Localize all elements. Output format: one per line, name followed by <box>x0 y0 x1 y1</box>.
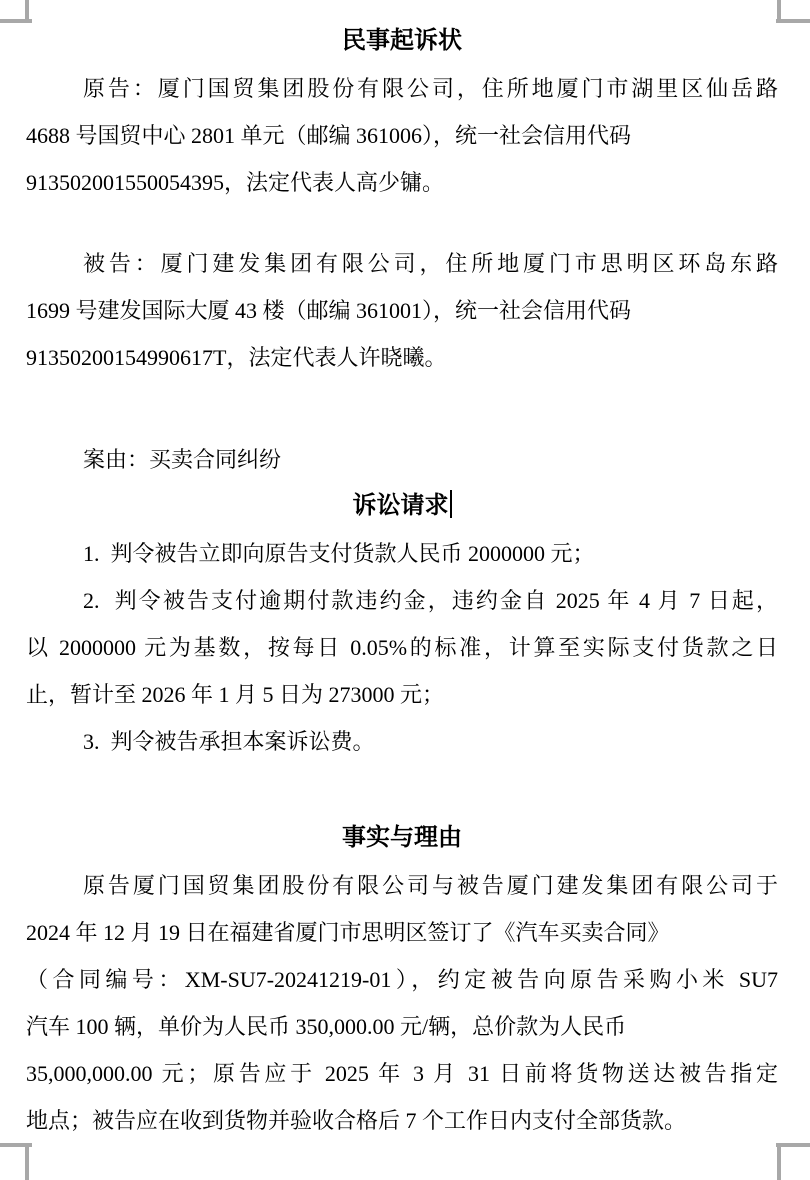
defendant-line-2[interactable]: 1699 号建发国际大厦 43 楼（邮编 361001），统一社会信用代码 <box>26 287 778 334</box>
facts-line-6[interactable]: 地点；被告应在收到货物并验收合格后 7 个工作日内支付全部货款。 <box>26 1097 778 1144</box>
claim-item-2-line-1[interactable]: 2. 判令被告支付逾期付款违约金，违约金自 2025 年 4 月 7 日起， <box>26 577 778 624</box>
cause-of-action-line[interactable]: 案由：买卖合同纠纷 <box>26 436 778 483</box>
document-title[interactable]: 民事起诉状 <box>26 18 778 65</box>
text-cursor <box>450 490 452 518</box>
paragraph-spacer <box>26 765 778 815</box>
crop-mark-line <box>776 19 810 23</box>
crop-mark-line <box>25 1143 29 1180</box>
facts-line-4[interactable]: 汽车 100 辆，单价为人民币 350,000.00 元/辆，总价款为人民币 <box>26 1003 778 1050</box>
crop-mark-line <box>777 1143 781 1180</box>
claims-heading[interactable]: 诉讼请求 <box>26 483 778 530</box>
claims-heading-text[interactable]: 诉讼请求 <box>353 493 449 519</box>
facts-line-1[interactable]: 原告厦门国贸集团股份有限公司与被告厦门建发集团有限公司于 <box>26 862 778 909</box>
plaintiff-line-1[interactable]: 原告：厦门国贸集团股份有限公司，住所地厦门市湖里区仙岳路 <box>26 65 778 112</box>
plaintiff-line-3[interactable]: 913502001550054395，法定代表人高少镛。 <box>26 159 778 206</box>
claim-item-2-line-3[interactable]: 止，暂计至 2026 年 1 月 5 日为 273000 元； <box>26 671 778 718</box>
document-page[interactable]: 民事起诉状 原告：厦门国贸集团股份有限公司，住所地厦门市湖里区仙岳路 4688 … <box>0 0 810 1180</box>
defendant-line-3[interactable]: 91350200154990617T，法定代表人许晓曦。 <box>26 334 778 381</box>
crop-mark-line <box>776 1143 810 1147</box>
document-body[interactable]: 民事起诉状 原告：厦门国贸集团股份有限公司，住所地厦门市湖里区仙岳路 4688 … <box>26 18 778 1144</box>
facts-line-5[interactable]: 35,000,000.00 元；原告应于 2025 年 3 月 31 日前将货物… <box>26 1050 778 1097</box>
facts-line-3[interactable]: （合同编号：XM-SU7-20241219-01），约定被告向原告采购小米 SU… <box>26 956 778 1003</box>
claim-item-2-line-2[interactable]: 以 2000000 元为基数，按每日 0.05%的标准，计算至实际支付货款之日 <box>26 624 778 671</box>
facts-line-2[interactable]: 2024 年 12 月 19 日在福建省厦门市思明区签订了《汽车买卖合同》 <box>26 909 778 956</box>
facts-heading[interactable]: 事实与理由 <box>26 815 778 862</box>
claim-item-1[interactable]: 1. 判令被告立即向原告支付货款人民币 2000000 元； <box>26 530 778 577</box>
claim-item-3[interactable]: 3. 判令被告承担本案诉讼费。 <box>26 718 778 765</box>
paragraph-spacer <box>26 206 778 240</box>
plaintiff-line-2[interactable]: 4688 号国贸中心 2801 单元（邮编 361006），统一社会信用代码 <box>26 112 778 159</box>
paragraph-spacer <box>26 381 778 436</box>
defendant-line-1[interactable]: 被告：厦门建发集团有限公司，住所地厦门市思明区环岛东路 <box>26 240 778 287</box>
